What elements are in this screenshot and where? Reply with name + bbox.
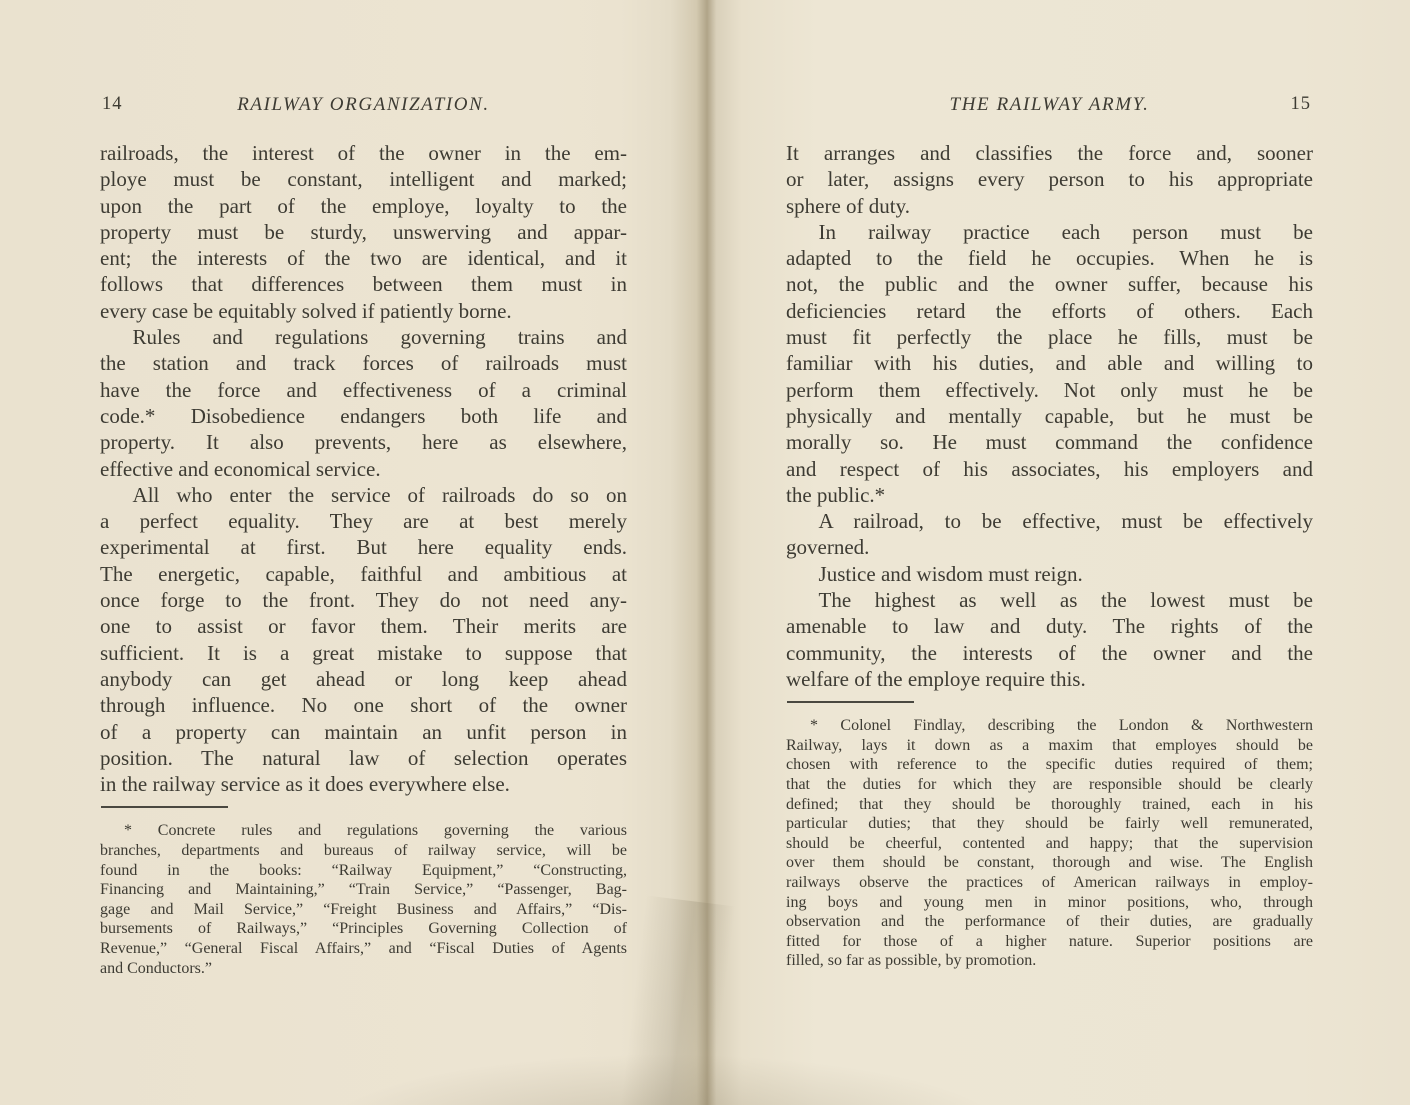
text-line: familiar with his duties, and able and w… [786, 350, 1313, 376]
text-line: ent; the interests of the two are identi… [100, 245, 627, 271]
text-line: The highest as well as the lowest must b… [786, 587, 1313, 613]
left-page: 14 RAILWAY ORGANIZATION. railroads, the … [100, 94, 627, 978]
text-line: bursements of Railways,” “Principles Gov… [100, 919, 627, 939]
paragraph: It arranges and classifies the force and… [786, 140, 1313, 219]
text-line: must fit perfectly the place he fills, m… [786, 324, 1313, 350]
text-line: found in the books: “Railway Equipment,”… [100, 861, 627, 881]
text-line: in the railway service as it does everyw… [100, 771, 627, 797]
text-line: effective and economical service. [100, 456, 627, 482]
text-line: property. It also prevents, here as else… [100, 429, 627, 455]
text-line: * Concrete rules and regulations governi… [100, 821, 627, 841]
running-head: RAILWAY ORGANIZATION. [100, 94, 627, 116]
paragraph: Justice and wisdom must reign. [786, 561, 1313, 587]
text-line: observation and the performance of their… [786, 912, 1313, 932]
text-line: physically and mentally capable, but he … [786, 403, 1313, 429]
footnote: * Colonel Findlay, describing the London… [786, 716, 1313, 971]
text-line: one to assist or favor them. Their merit… [100, 613, 627, 639]
text-line: adapted to the field he occupies. When h… [786, 245, 1313, 271]
text-line: property must be sturdy, unswerving and … [100, 219, 627, 245]
book-spread: 14 RAILWAY ORGANIZATION. railroads, the … [0, 0, 1410, 1105]
text-line: fitted for those of a higher nature. Sup… [786, 932, 1313, 952]
text-line: filled, so far as possible, by promotion… [786, 951, 1313, 971]
paragraph: In railway practice each person must bea… [786, 219, 1313, 508]
footnote: * Concrete rules and regulations governi… [100, 821, 627, 978]
text-line: position. The natural law of selection o… [100, 745, 627, 771]
text-line: the public.* [786, 482, 1313, 508]
right-page-header: THE RAILWAY ARMY. 15 [786, 94, 1313, 118]
text-line: a perfect equality. They are at best mer… [100, 508, 627, 534]
page-body: It arranges and classifies the force and… [786, 140, 1313, 692]
paragraph: A railroad, to be effective, must be eff… [786, 508, 1313, 561]
text-line: particular duties; that they should be f… [786, 814, 1313, 834]
text-line: every case be equitably solved if patien… [100, 298, 627, 324]
text-line: follows that differences between them mu… [100, 271, 627, 297]
text-line: community, the interests of the owner an… [786, 640, 1313, 666]
text-line: defined; that they should be thoroughly … [786, 795, 1313, 815]
right-page: THE RAILWAY ARMY. 15 It arranges and cla… [786, 94, 1313, 971]
text-line: ing boys and young men in minor position… [786, 893, 1313, 913]
text-line: morally so. He must command the confiden… [786, 429, 1313, 455]
text-line: The energetic, capable, faithful and amb… [100, 561, 627, 587]
footnote-rule [787, 701, 914, 703]
text-line: sufficient. It is a great mistake to sup… [100, 640, 627, 666]
text-line: once forge to the front. They do not nee… [100, 587, 627, 613]
text-line: not, the public and the owner suffer, be… [786, 271, 1313, 297]
footnote-rule [101, 806, 228, 808]
text-line: It arranges and classifies the force and… [786, 140, 1313, 166]
text-line: railways observe the practices of Americ… [786, 873, 1313, 893]
text-line: branches, departments and bureaus of rai… [100, 841, 627, 861]
text-line: Financing and Maintaining,” “Train Servi… [100, 880, 627, 900]
text-line: upon the part of the employe, loyalty to… [100, 193, 627, 219]
text-line: gage and Mail Service,” “Freight Busines… [100, 900, 627, 920]
left-page-header: 14 RAILWAY ORGANIZATION. [100, 94, 627, 118]
text-line: have the force and effectiveness of a cr… [100, 377, 627, 403]
text-line: anybody can get ahead or long keep ahead [100, 666, 627, 692]
text-line: should be cheerful, contented and happy;… [786, 834, 1313, 854]
text-line: Justice and wisdom must reign. [786, 561, 1313, 587]
paragraph: Rules and regulations governing trains a… [100, 324, 627, 482]
text-line: and Conductors.” [100, 959, 627, 979]
text-line: Revenue,” “General Fiscal Affairs,” and … [100, 939, 627, 959]
text-line: * Colonel Findlay, describing the London… [786, 716, 1313, 736]
text-line: that the duties for which they are respo… [786, 775, 1313, 795]
text-line: chosen with reference to the specific du… [786, 755, 1313, 775]
page-number: 15 [1291, 94, 1312, 115]
paragraph: The highest as well as the lowest must b… [786, 587, 1313, 692]
text-line: Railway, lays it down as a maxim that em… [786, 736, 1313, 756]
text-line: over them should be constant, thorough a… [786, 853, 1313, 873]
text-line: or later, assigns every person to his ap… [786, 166, 1313, 192]
paragraph: railroads, the interest of the owner in … [100, 140, 627, 324]
text-line: the station and track forces of railroad… [100, 350, 627, 376]
paragraph: All who enter the service of railroads d… [100, 482, 627, 798]
text-line: perform them effectively. Not only must … [786, 377, 1313, 403]
text-line: railroads, the interest of the owner in … [100, 140, 627, 166]
text-line: amenable to law and duty. The rights of … [786, 613, 1313, 639]
text-line: A railroad, to be effective, must be eff… [786, 508, 1313, 534]
text-line: Rules and regulations governing trains a… [100, 324, 627, 350]
text-line: through influence. No one short of the o… [100, 692, 627, 718]
text-line: All who enter the service of railroads d… [100, 482, 627, 508]
text-line: welfare of the employe require this. [786, 666, 1313, 692]
text-line: of a property can maintain an unfit pers… [100, 719, 627, 745]
text-line: governed. [786, 534, 1313, 560]
text-line: experimental at first. But here equality… [100, 534, 627, 560]
text-line: ploye must be constant, intelligent and … [100, 166, 627, 192]
text-line: deficiencies retard the efforts of other… [786, 298, 1313, 324]
text-line: sphere of duty. [786, 193, 1313, 219]
text-line: and respect of his associates, his emplo… [786, 456, 1313, 482]
running-head: THE RAILWAY ARMY. [786, 94, 1313, 116]
text-line: In railway practice each person must be [786, 219, 1313, 245]
page-body: railroads, the interest of the owner in … [100, 140, 627, 797]
text-line: code.* Disobedience endangers both life … [100, 403, 627, 429]
